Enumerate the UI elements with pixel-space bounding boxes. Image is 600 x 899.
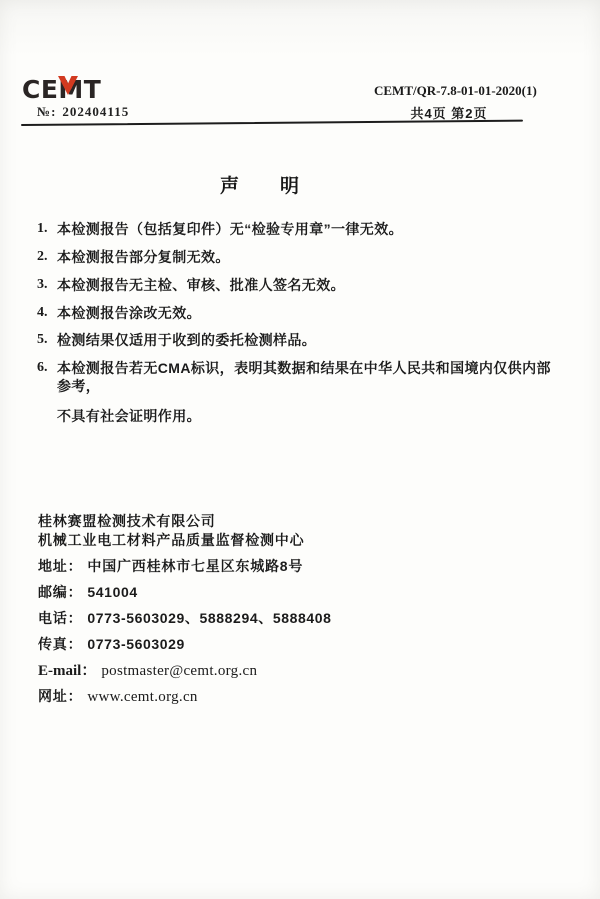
email-label: E-mail：: [38, 663, 96, 679]
declaration-text: 检测结果仅适用于收到的委托检测样品。: [57, 332, 316, 350]
phone-value: 0773-5603029、5888294、5888408: [87, 610, 331, 626]
center-name: 机械工业电工材料产品质量监督检测中心: [38, 530, 304, 550]
postcode-line: 邮编：541004: [38, 582, 138, 602]
header-divider: [21, 120, 523, 126]
fax-value: 0773-5603029: [87, 636, 185, 652]
declaration-text-line1: 本检测报告若无CMA标识，表明其数据和结果在中华人民共和国境内仅供内部参考，: [57, 360, 551, 394]
declaration-number: 5.: [37, 332, 57, 350]
company-name: 桂林赛盟检测技术有限公司: [38, 511, 216, 531]
report-number: №:202404115: [37, 104, 129, 120]
page-title: 声 明: [0, 171, 520, 198]
declaration-item-3: 3. 本检测报告无主检、审核、批准人签名无效。: [37, 277, 557, 295]
declaration-number: 2.: [37, 249, 57, 267]
declaration-item-6: 6. 本检测报告若无CMA标识，表明其数据和结果在中华人民共和国境内仅供内部参考…: [37, 360, 557, 426]
report-number-label: №:: [37, 104, 56, 119]
doc-code: CEMT/QR-7.8-01-01-2020(1): [374, 83, 524, 99]
declaration-number: 3.: [37, 277, 57, 295]
declaration-number: 1.: [37, 221, 57, 239]
declaration-item-4: 4. 本检测报告涂改无效。: [37, 305, 557, 323]
declaration-item-1: 1. 本检测报告（包括复印件）无“检验专用章”一律无效。: [37, 221, 557, 239]
declaration-number: 6.: [37, 360, 57, 426]
website-value: www.cemt.org.cn: [87, 689, 197, 705]
website-label: 网址：: [38, 688, 82, 704]
declaration-number: 4.: [37, 305, 57, 323]
declaration-item-2: 2. 本检测报告部分复制无效。: [37, 249, 557, 267]
email-value: postmaster@cemt.org.cn: [101, 663, 257, 679]
website-line: 网址：www.cemt.org.cn: [38, 686, 198, 706]
phone-line: 电话：0773-5603029、5888294、5888408: [38, 608, 332, 628]
address-line: 地址：中国广西桂林市七星区东城路8号: [38, 556, 303, 576]
declaration-text: 本检测报告（包括复印件）无“检验专用章”一律无效。: [57, 221, 403, 239]
fax-label: 传真：: [38, 636, 82, 652]
report-number-value: 202404115: [62, 104, 129, 119]
document-page: CEMT №:202404115 CEMT/QR-7.8-01-01-2020(…: [0, 0, 600, 899]
declaration-text: 本检测报告涂改无效。: [57, 305, 201, 323]
cemt-logo-icon: CEMT: [22, 76, 108, 102]
header-right-block: CEMT/QR-7.8-01-01-2020(1) 共4页 第2页: [374, 83, 524, 122]
postcode-label: 邮编：: [38, 584, 82, 600]
postcode-value: 541004: [87, 584, 137, 600]
email-line: E-mail：postmaster@cemt.org.cn: [38, 659, 257, 680]
cemt-logo: CEMT: [22, 76, 108, 102]
scan-shading: [0, 0, 600, 70]
declaration-text: 本检测报告若无CMA标识，表明其数据和结果在中华人民共和国境内仅供内部参考，不具…: [57, 360, 557, 426]
declaration-text: 本检测报告无主检、审核、批准人签名无效。: [57, 277, 345, 295]
declaration-item-5: 5. 检测结果仅适用于收到的委托检测样品。: [37, 332, 557, 350]
address-value: 中国广西桂林市七星区东城路8号: [87, 558, 303, 574]
address-label: 地址：: [38, 558, 82, 574]
fax-line: 传真：0773-5603029: [38, 634, 185, 654]
phone-label: 电话：: [38, 610, 82, 626]
declaration-text: 本检测报告部分复制无效。: [57, 249, 230, 267]
declaration-text-line2: 不具有社会证明作用。: [57, 408, 557, 426]
